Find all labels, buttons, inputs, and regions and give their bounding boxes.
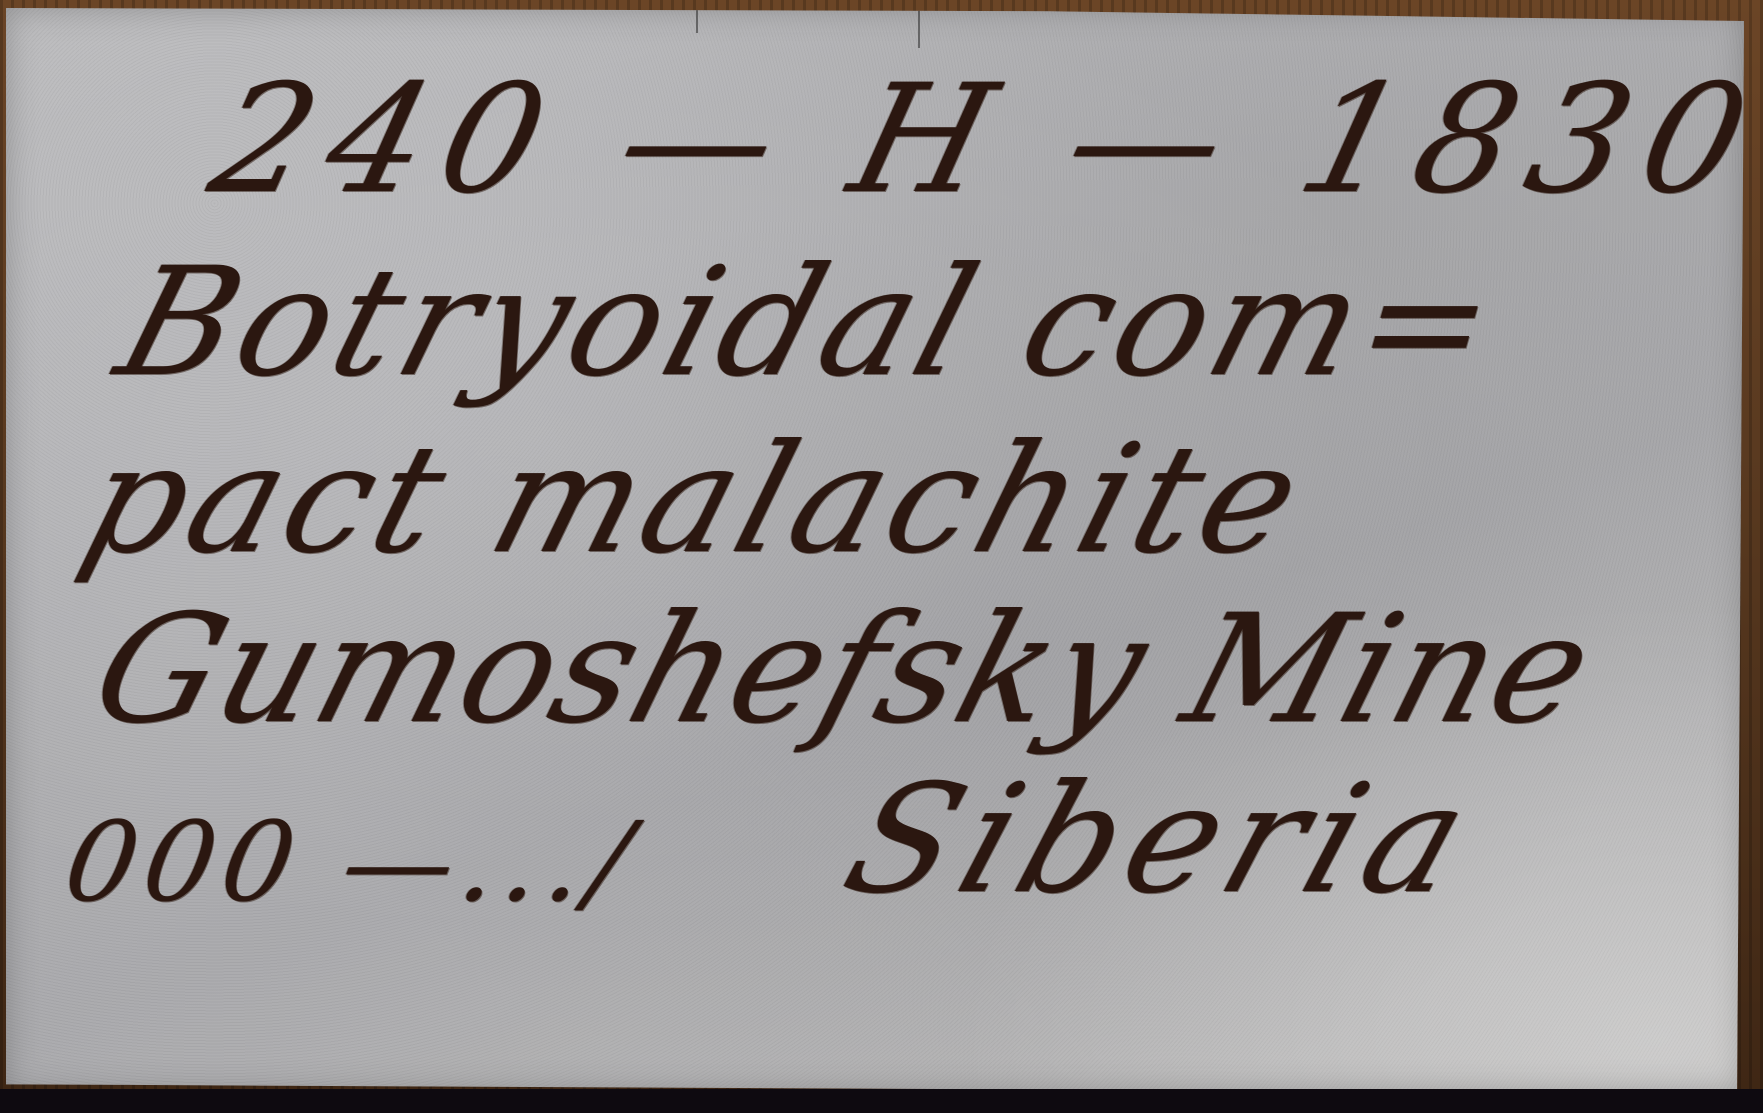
paper-crease <box>918 8 920 48</box>
bottom-edge-shadow <box>0 1089 1763 1113</box>
price-code-mark: 000 —.../ <box>56 798 647 926</box>
specimen-label-photo: 240 — H — 1830 Botryoidal com= pact mala… <box>0 0 1763 1113</box>
description-line-2: pact malachite <box>66 413 1324 587</box>
paper-label: 240 — H — 1830 Botryoidal com= pact mala… <box>6 8 1744 1093</box>
locality-mine-line: Gumoshefsky Mine <box>76 583 1612 757</box>
locality-region: Siberia <box>826 753 1497 927</box>
description-line-1: Botryoidal com= <box>101 236 1520 410</box>
paper-crease <box>696 8 698 33</box>
catalog-number-line: 240 — H — 1830 <box>196 53 1763 227</box>
